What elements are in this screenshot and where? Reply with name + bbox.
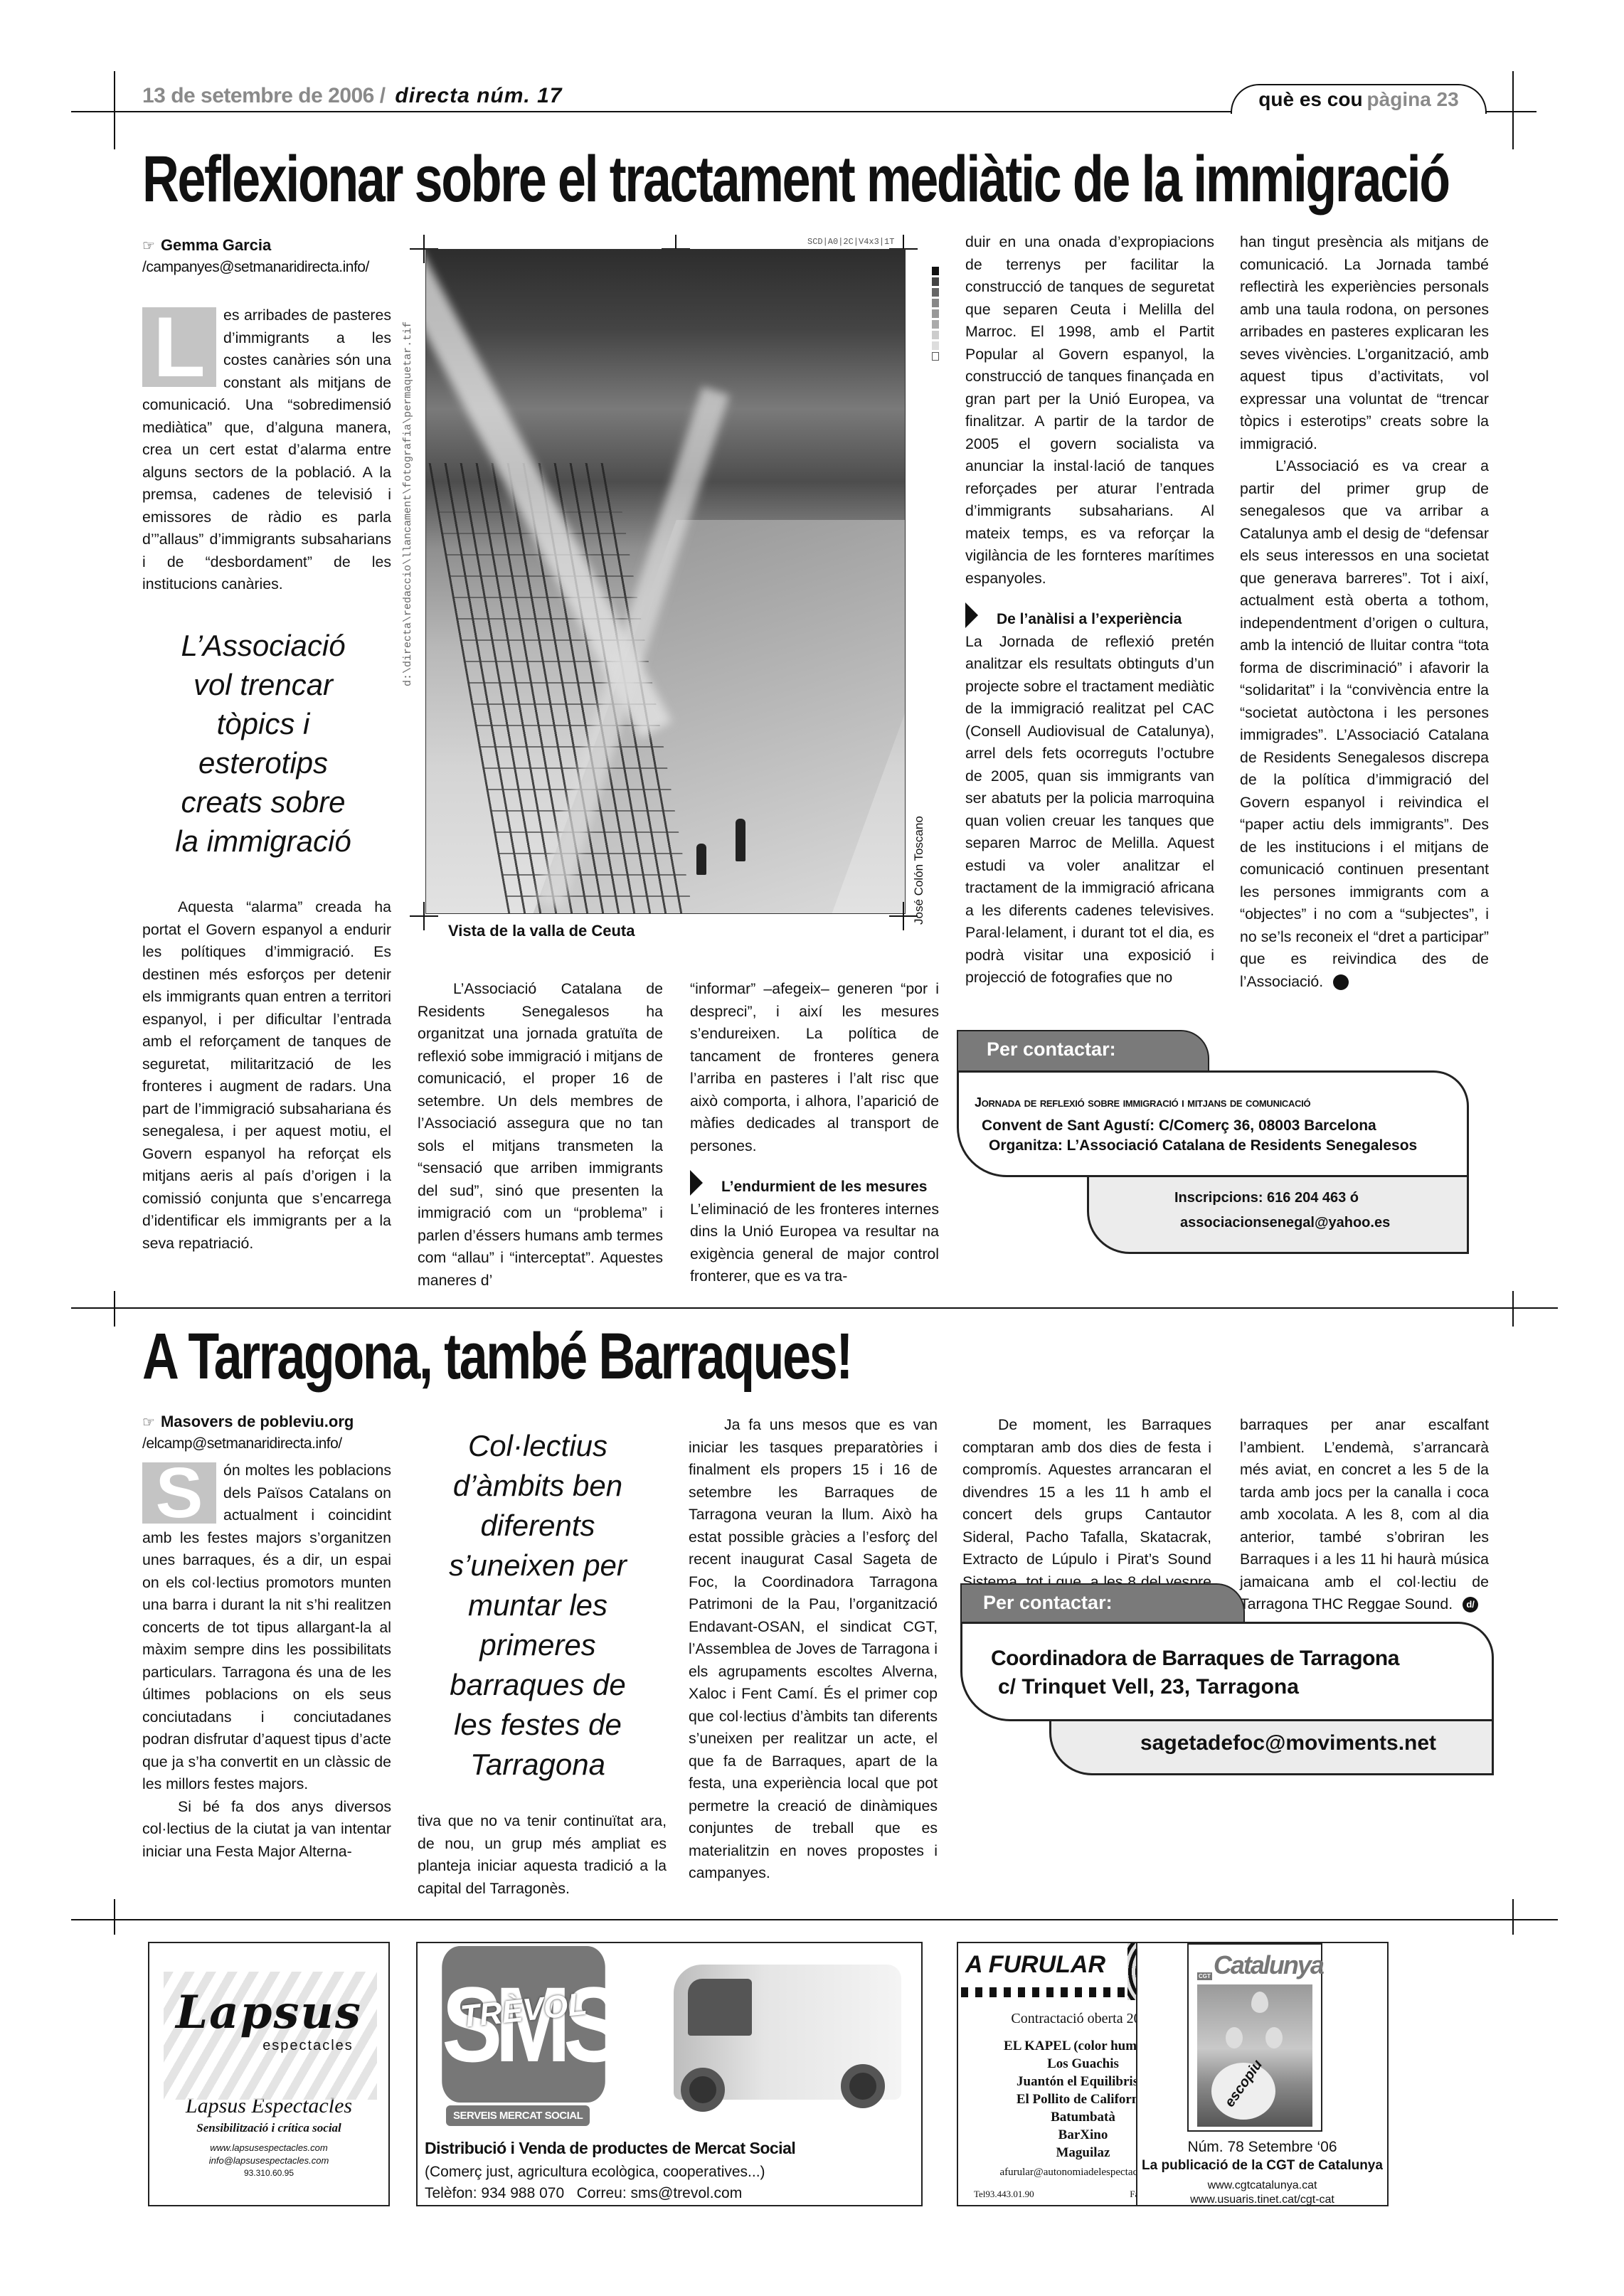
pullquote-line: vol trencar	[139, 665, 387, 704]
pullquote-line: d’àmbits ben	[414, 1466, 662, 1506]
ads-tick-left	[114, 1899, 115, 1935]
pullquote-line: L’Associació	[139, 626, 387, 665]
lapsus-phone: 93.310.60.95	[149, 2168, 388, 2178]
pullquote-line: Col·lectius	[414, 1426, 662, 1466]
signup-phone: Inscripcions: 616 204 463 ó	[1174, 1190, 1467, 1206]
issue-number: directa núm. 17	[395, 84, 562, 107]
cgt-magazine-cover: CGT Catalunya escopiu	[1187, 1943, 1322, 2132]
pullquote-line: la immigració	[139, 822, 387, 861]
lapsus-logo: Lapsus	[149, 1986, 388, 2039]
ad-lapsus-espectacles[interactable]: Lapsus espectacles Lapsus Espectacles Se…	[148, 1942, 390, 2206]
article1-headline: Reflexionar sobre el tractament mediàtic…	[142, 142, 1449, 217]
ads-divider-rule	[71, 1919, 1558, 1920]
registration-mark	[889, 902, 918, 930]
article1-paragraph: L’Associació es va crear a partir del pr…	[1240, 455, 1489, 993]
article2-column-1: S ón moltes les poblacions dels Països C…	[142, 1460, 391, 1863]
page-number: pàgina 23	[1367, 88, 1459, 110]
article2-paragraph: tiva que no va tenir continuïtat ara, de…	[418, 1810, 667, 1900]
article2-paragraph: barraques per anar escalfant l’ambient. …	[1240, 1414, 1489, 1616]
article2-column-5: barraques per anar escalfant l’ambient. …	[1240, 1414, 1489, 1616]
article1-pullquote: L’Associació vol trencar tòpics i estero…	[139, 626, 387, 861]
electric-van-image	[667, 1950, 908, 2117]
divider-tick-right	[1512, 1291, 1514, 1327]
article1-subhead-2: De l’anàlisi a l’experiència	[965, 608, 1214, 631]
article2-headline: A Tarragona, també Barraques!	[142, 1319, 851, 1394]
photo-file-path: d:\directa\redaccio\llancament\fotografi…	[402, 245, 423, 686]
author-name: Gemma Garcia	[161, 236, 271, 254]
pullquote-line: creats sobre	[139, 782, 387, 822]
cgt-web-link-1[interactable]: www.cgtcatalunya.cat	[1137, 2179, 1387, 2192]
trevol-contact: Telèfon: 934 988 070 Correu: sms@trevol.…	[425, 2185, 742, 2202]
author-name: Masovers de pobleviu.org	[161, 1413, 354, 1430]
pullquote-line: s’uneixen per	[414, 1546, 662, 1585]
article1-paragraph: Aquesta “alarma” creada ha portat el Gov…	[142, 896, 391, 1255]
dropcap-letter: L	[142, 307, 216, 387]
event-title: Jornada de reflexió sobre immigració i m…	[975, 1095, 1467, 1110]
article1-paragraph: han tingut presència als mitjans de comu…	[1240, 231, 1489, 455]
article1-photo-ceuta-fence	[425, 249, 906, 914]
cgt-publisher: La publicació de la CGT de Catalunya	[1137, 2158, 1387, 2174]
article1-byline: ☞Gemma Garcia /campanyes@setmanaridirect…	[142, 236, 391, 276]
dropcap-letter: S	[142, 1462, 216, 1524]
article1-column-3: “informar” –afegeix– generen “por i desp…	[690, 978, 939, 1288]
lapsus-tagline: Sensibilització i crítica social	[149, 2121, 388, 2135]
article1-column-4: duir en una onada d’expropiacions de ter…	[965, 231, 1214, 989]
pullquote-line: Tarragona	[414, 1745, 662, 1785]
directa-end-mark-icon: d/	[1463, 1597, 1478, 1612]
event-organizer: Organitza: L’Associació Catalana de Resi…	[975, 1137, 1467, 1154]
author-email: /elcamp@setmanaridirecta.info/	[142, 1435, 398, 1452]
contact-box-2-main: Coordinadora de Barraques de Tarragona c…	[960, 1622, 1494, 1721]
article1-paragraph: “informar” –afegeix– generen “por i desp…	[690, 978, 939, 1157]
pullquote-line: diferents	[414, 1506, 662, 1546]
cgt-web-link-2[interactable]: www.usuaris.tinet.cat/cgt-cat	[1137, 2194, 1387, 2206]
article1-paragraph: La Jornada de reflexió pretén analitzar …	[965, 631, 1214, 989]
contact-box-1-signup: Inscripcions: 616 204 463 ó associacions…	[1087, 1177, 1469, 1254]
color-calibration-swatches	[932, 267, 939, 363]
article1-column-1-body: Aquesta “alarma” creada ha portat el Gov…	[142, 896, 391, 1255]
pullquote-line: barraques de	[414, 1665, 662, 1705]
cgt-issue: Núm. 78 Setembre ‘06	[1137, 2139, 1387, 2156]
organization-email-link[interactable]: sagetadefoc@moviments.net	[1140, 1731, 1436, 1755]
hand-pointer-icon: ☞	[142, 1415, 155, 1430]
pullquote-line: esterotips	[139, 743, 387, 782]
directa-end-mark-icon: d/	[1333, 974, 1349, 990]
article1-paragraph: duir en una onada d’expropiacions de ter…	[965, 231, 1214, 590]
pullquote-line: les festes de	[414, 1705, 662, 1745]
article2-paragraph: Si bé fa dos anys diversos col·lectius d…	[142, 1796, 391, 1864]
trevol-headline: Distribució i Venda de productes de Merc…	[425, 2139, 795, 2158]
print-marks: SCD|A0|2C|V4x3|1T	[807, 237, 894, 247]
sms-subtitle: SERVEIS MERCAT SOCIAL	[446, 2105, 590, 2126]
page-header-date: 13 de setembre de 2006 / directa núm. 17	[142, 84, 562, 108]
pullquote-line: tòpics i	[139, 704, 387, 743]
article1-paragraph: L’eliminació de les fronteres internes d…	[690, 1199, 939, 1288]
ad-cgt-catalunya-frame[interactable]: CGT Catalunya escopiu Núm. 78 Setembre ‘…	[1136, 1942, 1389, 2206]
article1-column-1-intro: L es arribades de pasteres d’immigrants …	[142, 304, 391, 596]
signup-email-link[interactable]: associacionsenegal@yahoo.es	[1174, 1215, 1467, 1231]
cgt-badge: CGT	[1197, 1972, 1212, 1980]
article2-paragraph: Ja fa uns mesos que es van iniciar les t…	[689, 1414, 938, 1885]
organization-address: c/ Trinquet Vell, 23, Tarragona	[991, 1675, 1492, 1699]
hand-pointer-icon: ☞	[142, 238, 155, 254]
section-divider-rule	[71, 1307, 1558, 1309]
trevol-description: (Comerç just, agricultura ecològica, coo…	[425, 2164, 765, 2181]
lapsus-email: info@lapsusespectacles.com	[149, 2155, 388, 2166]
contact-box-2-tab: Per contactar:	[960, 1583, 1245, 1623]
contact-box-2-email: sagetadefoc@moviments.net	[1049, 1721, 1494, 1775]
event-venue: Convent de Sant Agustí: C/Comerç 36, 080…	[975, 1117, 1467, 1134]
contact-box-1-tab: Per contactar:	[957, 1030, 1209, 1071]
right-margin-rule	[1512, 71, 1514, 149]
article1-column-2: L’Associació Catalana de Residents Seneg…	[418, 978, 663, 1292]
ad-sms-trevol[interactable]: SMS TRÈVOL SERVEIS MERCAT SOCIAL Distrib…	[416, 1942, 923, 2206]
afurular-logo: A FURULAR	[961, 1943, 1125, 1986]
author-email: /campanyes@setmanaridirecta.info/	[142, 259, 391, 276]
cgt-cover-title: Catalunya	[1214, 1950, 1323, 1980]
article2-byline: ☞Masovers de pobleviu.org /elcamp@setman…	[142, 1413, 398, 1452]
section-tab: què es coupàgina 23	[1231, 84, 1487, 114]
ads-tick-right	[1512, 1899, 1514, 1935]
organization-name: Coordinadora de Barraques de Tarragona	[991, 1647, 1492, 1671]
lapsus-web: www.lapsusespectacles.com	[149, 2142, 388, 2153]
lapsus-logo-sub: espectacles	[228, 2038, 388, 2054]
registration-mark	[410, 902, 438, 930]
article1-paragraph: L’Associació Catalana de Residents Seneg…	[418, 978, 663, 1292]
issue-date: 13 de setembre de 2006 /	[142, 84, 386, 107]
pullquote-line: muntar les	[414, 1585, 662, 1625]
contact-box-1-main: Jornada de reflexió sobre immigració i m…	[957, 1070, 1469, 1177]
section-name: què es cou	[1258, 88, 1362, 110]
article2-column-3: Ja fa uns mesos que es van iniciar les t…	[689, 1414, 938, 1885]
article2-column-2: tiva que no va tenir continuïtat ara, de…	[418, 1810, 667, 1900]
photo-caption: Vista de la valla de Ceuta	[448, 922, 635, 940]
article1-column-5: han tingut presència als mitjans de comu…	[1240, 231, 1489, 993]
left-margin-rule	[114, 71, 115, 149]
article2-pullquote: Col·lectius d’àmbits ben diferents s’une…	[414, 1426, 662, 1785]
afurular-tel: Tel93.443.01.90	[974, 2189, 1034, 2200]
pullquote-line: primeres	[414, 1625, 662, 1665]
divider-tick-left	[114, 1291, 115, 1327]
article1-subhead-1: L’endurmient de les mesures	[690, 1176, 939, 1199]
checkered-strip	[961, 1987, 1125, 1997]
